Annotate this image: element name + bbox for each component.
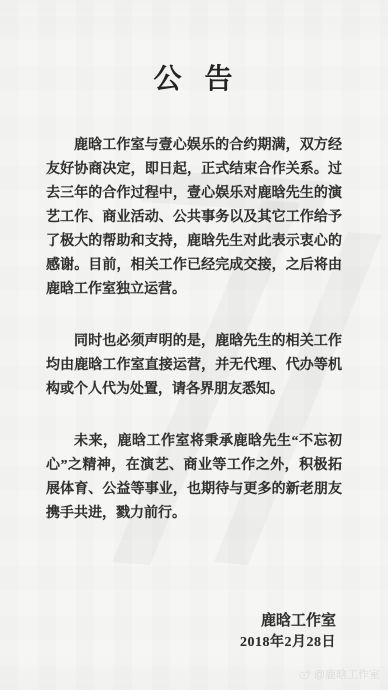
weibo-watermark-label: @鹿晗工作室 (314, 666, 380, 682)
document-body: 鹿晗工作室与壹心娱乐的合约期满，双方经友好协商决定，即日起，正式结束合作关系。过… (0, 100, 388, 526)
announcement-document: 公 告 鹿晗工作室与壹心娱乐的合约期满，双方经友好协商决定，即日起，正式结束合作… (0, 0, 388, 654)
signature-date: 2018年2月28日 (0, 632, 336, 654)
weibo-watermark: @鹿晗工作室 (299, 666, 380, 682)
announcement-image: 公 告 鹿晗工作室与壹心娱乐的合约期满，双方经友好协商决定，即日起，正式结束合作… (0, 0, 388, 690)
page-title: 公 告 (0, 0, 388, 100)
paragraph-future: 未来，鹿晗工作室将秉承鹿晗先生“不忘初心”之精神，在演艺、商业等工作之外，积极拓… (46, 430, 342, 526)
paragraph-statement: 同时也必须声明的是，鹿晗先生的相关工作均由鹿晗工作室直接运营，并无代理、代办等机… (46, 330, 342, 402)
signature-block: 鹿晗工作室 2018年2月28日 (0, 554, 388, 654)
weibo-eye-icon (299, 668, 311, 680)
signature-name: 鹿晗工作室 (0, 610, 336, 632)
paragraph-contract-end: 鹿晗工作室与壹心娱乐的合约期满，双方经友好协商决定，即日起，正式结束合作关系。过… (46, 134, 342, 302)
